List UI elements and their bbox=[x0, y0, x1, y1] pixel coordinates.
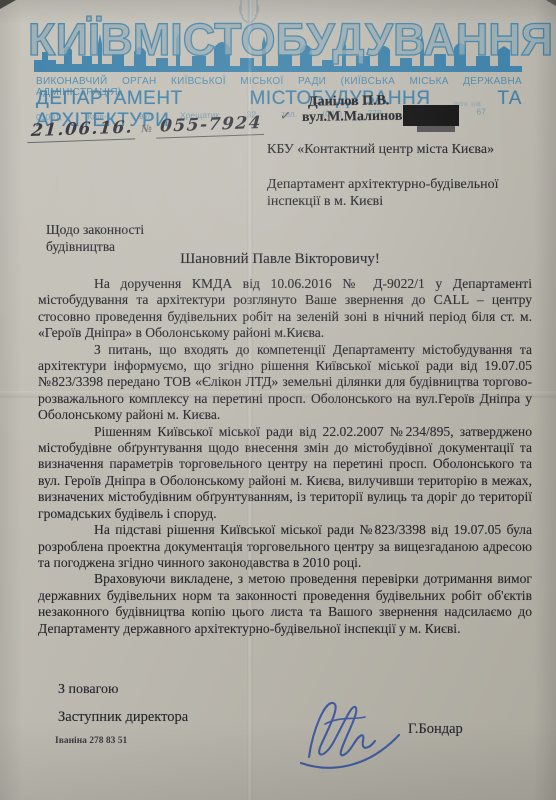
number-sign: № bbox=[141, 124, 153, 135]
logo-wordmark: КИЇВМІСТОБУДУВАННЯ bbox=[28, 17, 528, 62]
addressee-org2-line1: Департамент архітектурно-будівельної bbox=[267, 176, 529, 193]
handwritten-date: 21.06.16. bbox=[27, 117, 137, 143]
executor-contact: Іваніна 278 83 51 bbox=[55, 736, 127, 746]
signature-scribble bbox=[295, 693, 410, 773]
scanned-letter-photo: КИЇВМІСТОБУДУВАННЯ ВИКОНАВЧИЙ ОРГАН КИЇВ… bbox=[0, 0, 556, 800]
subject-block: Щодо законності будівництва bbox=[46, 221, 144, 255]
redaction-box bbox=[403, 105, 459, 126]
addressee-org2-line2: інспекції в м. Києві bbox=[267, 193, 529, 210]
letter-body: На доручення КМДА від 10.06.2016 № Д-902… bbox=[38, 276, 532, 637]
addressee-org1: КБУ «Контактний центр міста Києва» bbox=[267, 141, 529, 158]
redaction-smudge bbox=[417, 126, 455, 132]
checkmark-annotation: ✓ bbox=[279, 107, 292, 124]
photo-corner-shadow bbox=[0, 0, 16, 9]
photo-corner-shadow bbox=[546, 0, 556, 6]
body-paragraph: На доручення КМДА від 10.06.2016 № Д-902… bbox=[38, 276, 532, 342]
body-paragraph: На підставі рішення Київської міської ра… bbox=[38, 522, 532, 571]
horizontal-fold-crease bbox=[0, 391, 556, 398]
body-paragraph: З питань, що входять до компетенції Депа… bbox=[38, 342, 532, 424]
body-paragraph: Враховуючи викладене, з метою проведення… bbox=[38, 571, 532, 637]
body-paragraph: Рішенням Київської міської ради від 22.0… bbox=[38, 424, 532, 522]
signer-position: Заступник директора bbox=[58, 709, 188, 726]
vertical-fold-crease bbox=[247, 0, 253, 800]
subject-line1: Щодо законності bbox=[46, 221, 144, 238]
addressee-block: КБУ «Контактний центр міста Києва» Депар… bbox=[267, 141, 529, 210]
salutation: Шановний Павле Вікторовичу! bbox=[40, 251, 520, 268]
signer-name: Г.Бондар bbox=[408, 721, 463, 738]
closing-regards: З повагою bbox=[58, 682, 119, 698]
